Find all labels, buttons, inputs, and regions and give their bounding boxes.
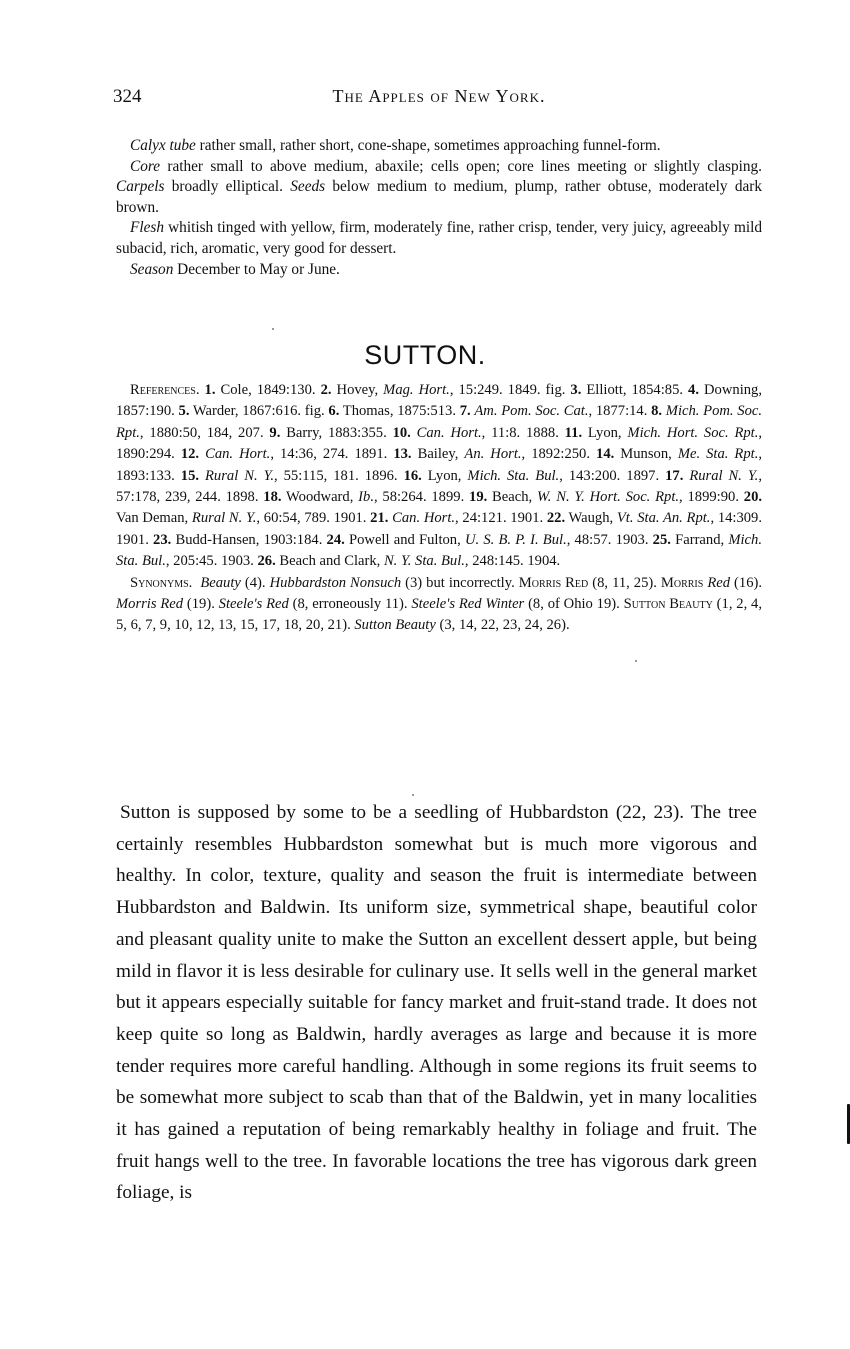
reference-number: 4. bbox=[688, 382, 699, 398]
reference-list: 1. Cole, 1849:130. 2. Hovey, Mag. Hort.,… bbox=[116, 382, 762, 569]
reference-source: U. S. B. P. I. Bul. bbox=[465, 532, 567, 548]
scan-speck bbox=[635, 660, 637, 662]
reference-number: 26. bbox=[258, 553, 276, 569]
fruit-description: Calyx tube rather small, rather short, c… bbox=[116, 136, 762, 280]
reference-number: 6. bbox=[328, 403, 339, 419]
reference-item: 23. Budd-Hansen, 1903:184. bbox=[153, 532, 327, 548]
reference-number: 24. bbox=[327, 532, 345, 548]
season-label: Season bbox=[130, 261, 173, 278]
references-block: References. 1. Cole, 1849:130. 2. Hovey,… bbox=[116, 380, 762, 637]
reference-number: 8. bbox=[651, 403, 662, 419]
reference-item: 18. Woodward, Ib., 58:264. 1899. bbox=[263, 489, 469, 505]
reference-number: 15. bbox=[181, 468, 199, 484]
reference-item: 5. Warder, 1867:616. fig. bbox=[179, 403, 329, 419]
reference-source: Mag. Hort. bbox=[383, 382, 450, 398]
flesh-label: Flesh bbox=[130, 219, 164, 236]
reference-item: 16. Lyon, Mich. Sta. Bul., 143:200. 1897… bbox=[404, 468, 666, 484]
reference-source: Rural N. Y. bbox=[689, 468, 758, 484]
references-label: References. bbox=[130, 382, 200, 398]
seeds-label: Seeds bbox=[290, 178, 325, 195]
reference-item: 26. Beach and Clark, N. Y. Sta. Bul., 24… bbox=[258, 553, 561, 569]
reference-number: 17. bbox=[665, 468, 683, 484]
variety-title: SUTTON. bbox=[0, 340, 850, 371]
reference-source: Mich. Hort. Soc. Rpt. bbox=[627, 425, 758, 441]
references-paragraph: References. 1. Cole, 1849:130. 2. Hovey,… bbox=[116, 380, 762, 573]
flesh-paragraph: Flesh whitish tinged with yellow, firm, … bbox=[116, 218, 762, 259]
reference-number: 25. bbox=[653, 532, 671, 548]
running-title: The Apples of New York. bbox=[113, 86, 765, 107]
reference-item: 2. Hovey, Mag. Hort., 15:249. 1849. fig. bbox=[321, 382, 571, 398]
reference-source: Can. Hort. bbox=[392, 510, 455, 526]
reference-number: 1. bbox=[205, 382, 216, 398]
reference-number: 23. bbox=[153, 532, 171, 548]
reference-source: Mich. Sta. Bul. bbox=[467, 468, 559, 484]
reference-number: 18. bbox=[263, 489, 281, 505]
reference-number: 22. bbox=[547, 510, 565, 526]
reference-number: 11. bbox=[565, 425, 582, 441]
scan-speck bbox=[272, 328, 274, 330]
reference-item: 9. Barry, 1883:355. bbox=[269, 425, 392, 441]
reference-item: 19. Beach, W. N. Y. Hort. Soc. Rpt., 189… bbox=[469, 489, 744, 505]
carpels-label: Carpels bbox=[116, 178, 164, 195]
reference-number: 3. bbox=[570, 382, 581, 398]
core-paragraph: Core rather small to above medium, abaxi… bbox=[116, 157, 762, 219]
calyx-paragraph: Calyx tube rather small, rather short, c… bbox=[116, 136, 762, 157]
reference-source: Vt. Sta. An. Rpt. bbox=[617, 510, 711, 526]
reference-item: 3. Elliott, 1854:85. bbox=[570, 382, 688, 398]
reference-source: Am. Pom. Soc. Cat. bbox=[474, 403, 588, 419]
reference-number: 21. bbox=[370, 510, 388, 526]
book-page: 324 The Apples of New York. Calyx tube r… bbox=[0, 0, 850, 1349]
calyx-label: Calyx tube bbox=[130, 137, 196, 154]
reference-source: Me. Sta. Rpt. bbox=[678, 446, 759, 462]
reference-number: 2. bbox=[321, 382, 332, 398]
reference-source: W. N. Y. Hort. Soc. Rpt. bbox=[537, 489, 679, 505]
running-head: 324 The Apples of New York. bbox=[113, 86, 765, 110]
synonyms-paragraph: Synonyms. Beauty (4). Hubbardston Nonsuc… bbox=[116, 573, 762, 637]
synonyms-label: Synonyms. bbox=[130, 575, 192, 591]
reference-number: 7. bbox=[460, 403, 471, 419]
reference-number: 14. bbox=[596, 446, 614, 462]
scan-speck bbox=[412, 794, 414, 796]
core-label: Core bbox=[130, 158, 160, 175]
reference-source: Rural N. Y. bbox=[192, 510, 256, 526]
reference-source: Rural N. Y. bbox=[205, 468, 274, 484]
main-text: Sutton is supposed by some to be a seedl… bbox=[116, 797, 757, 1209]
reference-number: 16. bbox=[404, 468, 422, 484]
reference-source: An. Hort. bbox=[464, 446, 521, 462]
reference-number: 20. bbox=[744, 489, 762, 505]
reference-item: 1. Cole, 1849:130. bbox=[205, 382, 321, 398]
reference-number: 13. bbox=[393, 446, 411, 462]
reference-item: 6. Thomas, 1875:513. bbox=[328, 403, 459, 419]
reference-source: Can. Hort. bbox=[205, 446, 270, 462]
reference-source: Can. Hort. bbox=[417, 425, 482, 441]
reference-item: 12. Can. Hort., 14:36, 274. 1891. bbox=[181, 446, 394, 462]
reference-item: 13. Bailey, An. Hort., 1892:250. bbox=[393, 446, 596, 462]
season-paragraph: Season December to May or June. bbox=[116, 260, 762, 281]
reference-number: 19. bbox=[469, 489, 487, 505]
reference-item: 10. Can. Hort., 11:8. 1888. bbox=[393, 425, 565, 441]
reference-source: N. Y. Sta. Bul. bbox=[384, 553, 465, 569]
reference-number: 9. bbox=[269, 425, 280, 441]
reference-item: 24. Powell and Fulton, U. S. B. P. I. Bu… bbox=[327, 532, 653, 548]
body-paragraph: Sutton is supposed by some to be a seedl… bbox=[116, 797, 757, 1209]
reference-number: 5. bbox=[179, 403, 190, 419]
reference-item: 15. Rural N. Y., 55:115, 181. 1896. bbox=[181, 468, 404, 484]
reference-number: 12. bbox=[181, 446, 199, 462]
reference-item: 21. Can. Hort., 24:121. 1901. bbox=[370, 510, 547, 526]
reference-number: 10. bbox=[393, 425, 411, 441]
reference-source: Ib. bbox=[358, 489, 374, 505]
reference-item: 7. Am. Pom. Soc. Cat., 1877:14. bbox=[460, 403, 651, 419]
